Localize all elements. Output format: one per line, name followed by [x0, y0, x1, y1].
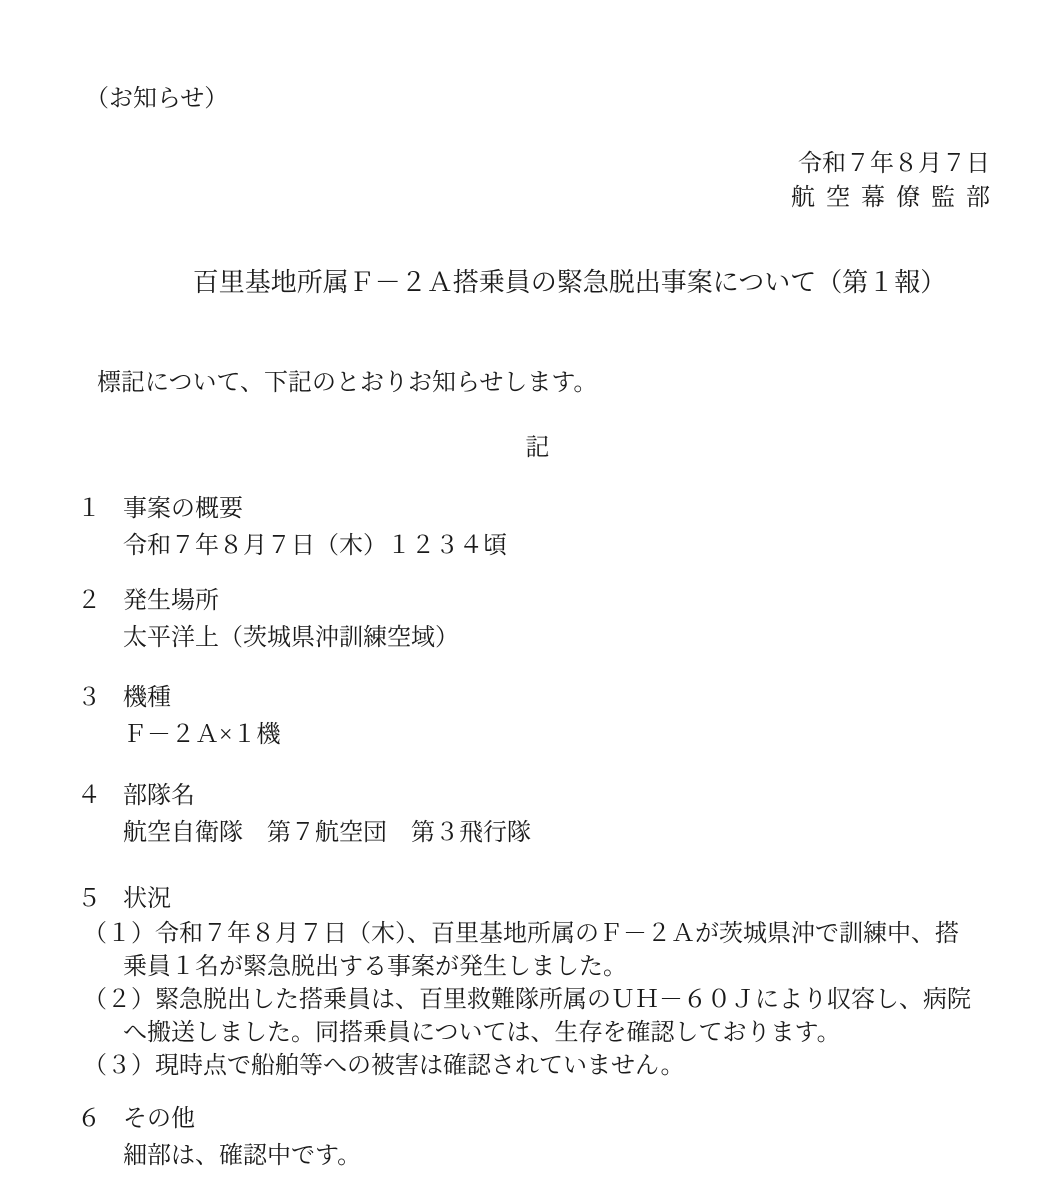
section-body-line: へ搬送しました。同搭乗員については、生存を確認しております。 [0, 1017, 1054, 1050]
document-date: 令和７年８月７日 [0, 147, 990, 181]
section-body-line: （３）現時点で船舶等への被害は確認されていません。 [0, 1050, 1054, 1083]
section-number: ４ [77, 783, 101, 809]
section-body-line: 細部は、確認中です。 [0, 1138, 1054, 1175]
section-heading: 状況 [123, 886, 171, 912]
section-heading: 機種 [123, 685, 171, 711]
section-number: ３ [77, 685, 101, 711]
ki-marker: 記 [85, 431, 990, 465]
section-number: ６ [77, 1106, 101, 1132]
section-heading: その他 [123, 1106, 195, 1132]
header-date-block: 令和７年８月７日 航空幕僚監部 [0, 147, 990, 215]
section-unit-name: ４部隊名 航空自衛隊 第７航空団 第３飛行隊 [0, 778, 1054, 852]
section-other: ６その他 細部は、確認中です。 [0, 1101, 1054, 1175]
section-body-line: 航空自衛隊 第７航空団 第３飛行隊 [0, 815, 1054, 852]
section-head: ３機種 [0, 680, 1054, 717]
section-head: ４部隊名 [0, 778, 1054, 815]
section-situation: ５状況 （１）令和７年８月７日（木）、百里基地所属のＦ－２Ａが茨城県沖で訓練中、… [0, 881, 1054, 1083]
section-body-line: （２）緊急脱出した搭乗員は、百里救難隊所属のＵＨ－６０Ｊにより収容し、病院 [0, 984, 1054, 1017]
section-location: ２発生場所 太平洋上（茨城県沖訓練空域） [0, 583, 1054, 657]
section-head: ６その他 [0, 1101, 1054, 1138]
section-head: ２発生場所 [0, 583, 1054, 620]
section-heading: 発生場所 [123, 588, 219, 614]
section-body-line: 乗員１名が緊急脱出する事案が発生しました。 [0, 951, 1054, 984]
section-number: １ [77, 496, 101, 522]
section-heading: 部隊名 [123, 783, 195, 809]
section-overview: １事案の概要 令和７年８月７日（木）１２３４頃 [0, 491, 1054, 565]
notice-label: （お知らせ） [85, 82, 1054, 116]
section-body-line: 太平洋上（茨城県沖訓練空域） [0, 620, 1054, 657]
document-title: 百里基地所属Ｆ－２Ａ搭乗員の緊急脱出事案について（第１報） [85, 263, 1054, 303]
section-body-line: （１）令和７年８月７日（木）、百里基地所属のＦ－２Ａが茨城県沖で訓練中、搭 [0, 918, 1054, 951]
section-head: １事案の概要 [0, 491, 1054, 528]
document-page: （お知らせ） 令和７年８月７日 航空幕僚監部 百里基地所属Ｆ－２Ａ搭乗員の緊急脱… [0, 0, 1054, 1200]
section-body-line: 令和７年８月７日（木）１２３４頃 [0, 528, 1054, 565]
section-head: ５状況 [0, 881, 1054, 918]
issuing-organization: 航空幕僚監部 [0, 181, 1001, 215]
section-body-line: Ｆ－２Ａ×１機 [0, 717, 1054, 754]
section-heading: 事案の概要 [123, 496, 243, 522]
intro-text: 標記について、下記のとおりお知らせします。 [97, 366, 1054, 400]
section-aircraft-type: ３機種 Ｆ－２Ａ×１機 [0, 680, 1054, 754]
section-number: ５ [77, 886, 101, 912]
section-number: ２ [77, 588, 101, 614]
